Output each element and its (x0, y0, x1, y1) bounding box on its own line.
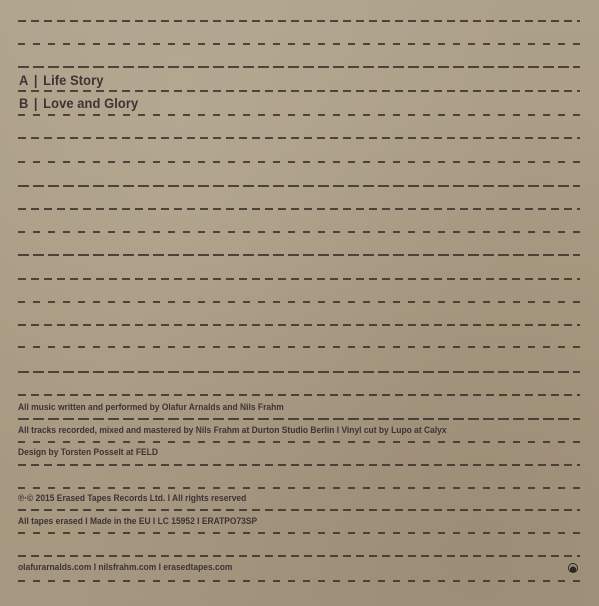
track-side: B (19, 95, 28, 111)
dashed-rule (18, 137, 580, 139)
dashed-rule (18, 324, 580, 326)
credit-copyright: ℗·© 2015 Erased Tapes Records Ltd. I All… (18, 493, 246, 503)
dashed-rule (18, 20, 580, 22)
dashed-rule (18, 231, 580, 233)
dashed-rule (18, 208, 580, 210)
credit-catalog: All tapes erased I Made in the EU I LC 1… (18, 516, 257, 526)
track-separator: | (34, 95, 38, 111)
dashed-rule (18, 254, 580, 256)
track-title: Love and Glory (43, 95, 138, 111)
track-side: A (19, 72, 28, 88)
dashed-rule (18, 43, 580, 45)
dashed-rule (18, 278, 580, 280)
dashed-rule (18, 418, 580, 420)
dashed-rule (18, 555, 580, 557)
dashed-rule (18, 301, 580, 303)
dashed-rule (18, 441, 580, 443)
credit-websites: olafurarnalds.com I nilsfrahm.com I eras… (18, 562, 232, 572)
dashed-rule (18, 161, 580, 163)
dashed-rule (18, 487, 580, 489)
dashed-rule (18, 580, 580, 582)
dashed-rule (18, 371, 580, 373)
dashed-rule (18, 90, 580, 92)
credit-design: Design by Torsten Posselt at FELD (18, 447, 158, 457)
dashed-rule (18, 114, 580, 116)
dashed-rule (18, 394, 580, 396)
dashed-rule (18, 509, 580, 511)
credit-recording: All tracks recorded, mixed and mastered … (18, 425, 447, 435)
dashed-rule (18, 66, 580, 68)
dashed-rule (18, 464, 580, 466)
track-separator: | (34, 72, 38, 88)
dashed-rule (18, 532, 580, 534)
track-b: B|Love and Glory (19, 95, 138, 111)
erased-tapes-logo-icon (568, 563, 578, 573)
credit-music: All music written and performed by Olafu… (18, 402, 284, 412)
track-title: Life Story (43, 72, 103, 88)
dashed-rule (18, 346, 580, 348)
track-a: A|Life Story (19, 72, 103, 88)
record-sleeve-back: A|Life Story B|Love and Glory All music … (0, 0, 599, 606)
dashed-rule (18, 185, 580, 187)
